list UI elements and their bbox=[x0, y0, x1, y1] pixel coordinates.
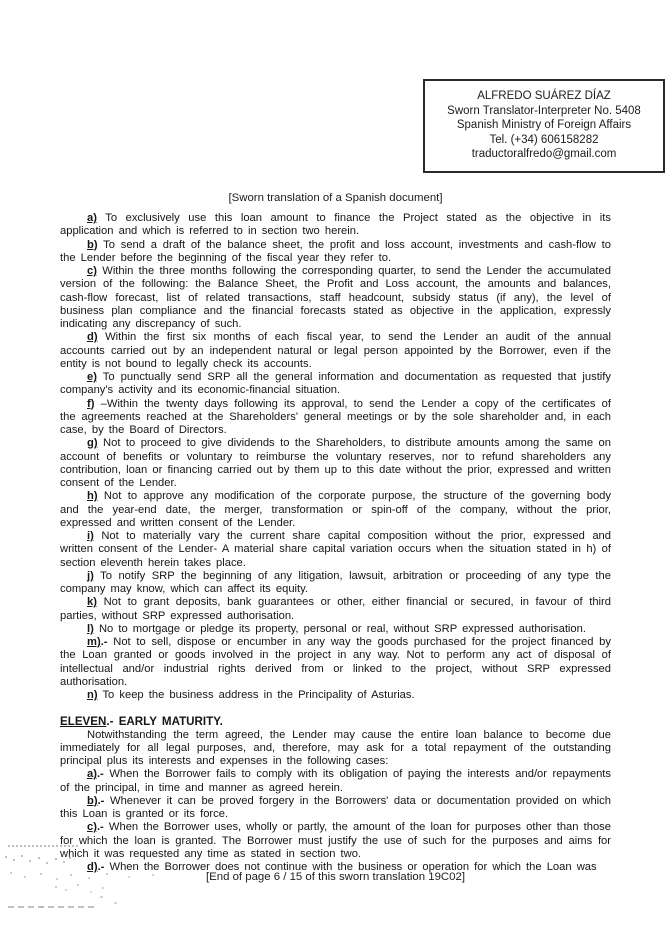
item-marker: e) bbox=[87, 371, 97, 383]
list-item: a).- When the Borrower fails to comply w… bbox=[60, 768, 611, 795]
document-body: a) To exclusively use this loan amount t… bbox=[60, 212, 611, 874]
item-marker: c) bbox=[87, 265, 97, 277]
item-marker: k) bbox=[87, 596, 97, 608]
item-marker: m) bbox=[87, 636, 101, 648]
item-marker: h) bbox=[87, 490, 98, 502]
section-eleven-heading-number: ELEVEN bbox=[60, 715, 106, 728]
list-item: m).- Not to sell, dispose or encumber in… bbox=[60, 636, 611, 689]
list-item: g) Not to proceed to give dividends to t… bbox=[60, 437, 611, 490]
scan-artifact bbox=[55, 886, 57, 888]
list-item: e) To punctually send SRP all the genera… bbox=[60, 371, 611, 398]
item-marker-suffix: .- bbox=[97, 768, 104, 780]
translator-phone: Tel. (+34) 606158282 bbox=[427, 133, 661, 148]
item-marker: j) bbox=[87, 570, 94, 582]
item-marker: f) bbox=[87, 398, 94, 410]
list-item: b).- Whenever it can be proved forgery i… bbox=[60, 795, 611, 822]
section-eleven-heading-title: .- EARLY MATURITY. bbox=[106, 715, 223, 728]
list-item: k) Not to grant deposits, bank guarantee… bbox=[60, 596, 611, 623]
item-marker: b) bbox=[87, 795, 98, 807]
list-item: f) –Within the twenty days following its… bbox=[60, 398, 611, 438]
section-eleven-list: a).- When the Borrower fails to comply w… bbox=[60, 768, 611, 874]
list-item: c).- When the Borrower uses, wholly or p… bbox=[60, 821, 611, 861]
list-item: c) Within the three months following the… bbox=[60, 265, 611, 331]
item-marker: l) bbox=[87, 623, 94, 635]
page-footer: [End of page 6 / 15 of this sworn transl… bbox=[0, 871, 671, 883]
scan-artifact bbox=[100, 896, 103, 898]
obligations-list: a) To exclusively use this loan amount t… bbox=[60, 212, 611, 702]
item-marker-suffix: .- bbox=[101, 636, 108, 648]
translator-credential: Sworn Translator-Interpreter No. 5408 bbox=[427, 104, 661, 119]
section-spacer bbox=[60, 702, 611, 715]
item-marker: a) bbox=[87, 212, 97, 224]
translator-name: ALFREDO SUÁREZ DÍAZ bbox=[427, 89, 661, 104]
item-marker: d) bbox=[87, 331, 98, 343]
document-page: ALFREDO SUÁREZ DÍAZ Sworn Translator-Int… bbox=[0, 0, 671, 950]
list-item: h) Not to approve any modification of th… bbox=[60, 490, 611, 530]
document-title: [Sworn translation of a Spanish document… bbox=[0, 192, 671, 204]
item-marker: i) bbox=[87, 530, 94, 542]
list-item: j) To notify SRP the beginning of any li… bbox=[60, 570, 611, 597]
item-marker-suffix: .- bbox=[97, 821, 104, 833]
section-eleven-heading: ELEVEN.- EARLY MATURITY. bbox=[60, 715, 611, 728]
list-item: l) No to mortgage or pledge its property… bbox=[60, 623, 611, 636]
list-item: i) Not to materially vary the current sh… bbox=[60, 530, 611, 570]
translator-email: traductoralfredo@gmail.com bbox=[427, 147, 661, 162]
item-marker: a) bbox=[87, 768, 97, 780]
list-item: b) To send a draft of the balance sheet,… bbox=[60, 239, 611, 266]
item-marker: c) bbox=[87, 821, 97, 833]
scan-artifact bbox=[8, 906, 94, 908]
translator-stamp-box: ALFREDO SUÁREZ DÍAZ Sworn Translator-Int… bbox=[423, 79, 665, 173]
scan-artifact bbox=[5, 856, 7, 858]
item-marker: b) bbox=[87, 239, 98, 251]
item-marker: n) bbox=[87, 689, 98, 701]
list-item: d) Within the first six months of each f… bbox=[60, 331, 611, 371]
section-eleven-intro: Notwithstanding the term agreed, the Len… bbox=[60, 729, 611, 769]
item-marker: g) bbox=[87, 437, 98, 449]
list-item: a) To exclusively use this loan amount t… bbox=[60, 212, 611, 239]
translator-ministry: Spanish Ministry of Foreign Affairs bbox=[427, 118, 661, 133]
item-marker-suffix: .- bbox=[98, 795, 105, 807]
list-item: n) To keep the business address in the P… bbox=[60, 689, 611, 702]
